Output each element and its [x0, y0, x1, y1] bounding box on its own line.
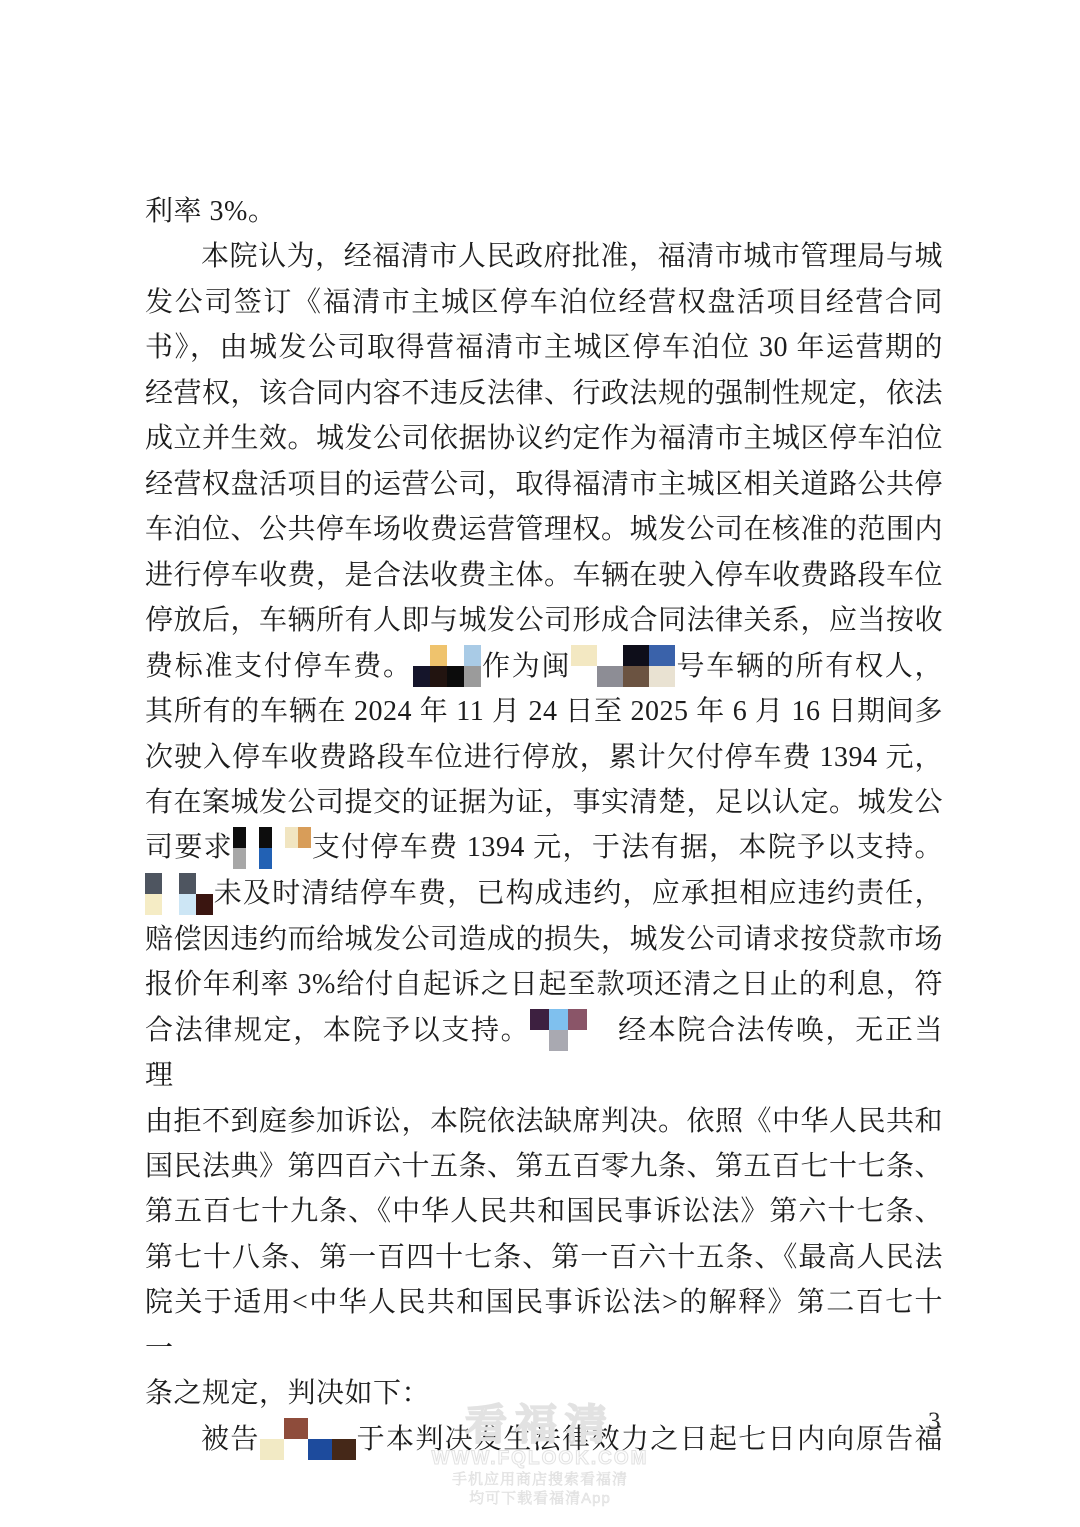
- text-segment: 进行停车收费，是合法收费主体。车辆在驶入停车收费路段车位: [145, 560, 943, 591]
- text-line: 次驶入停车收费路段车位进行停放，累计欠付停车费 1394 元，: [145, 735, 943, 780]
- text-line: 其所有的车辆在 2024 年 11 月 24 日至 2025 年 6 月 16 …: [145, 689, 943, 734]
- text-segment: 报价年利率 3%给付自起诉之日起至款项还清之日止的利息，符: [145, 969, 943, 1000]
- judgment-page: 利率 3%。本院认为，经福清市人民政府批准，福清市城市管理局与城发公司签订《福清…: [0, 0, 1080, 1527]
- text-line: 被告于本判决发生法律效力之日起七日内向原告福: [145, 1417, 943, 1463]
- text-line: 第五百七十九条、《中华人民共和国民事诉讼法》第六十七条、: [145, 1189, 943, 1234]
- text-line: 进行停车收费，是合法收费主体。车辆在驶入停车收费路段车位: [145, 553, 943, 598]
- text-segment: 被告: [201, 1424, 260, 1455]
- text-segment: 号车辆的所有权人，: [675, 651, 943, 682]
- text-segment: 本院认为，经福清市人民政府批准，福清市城市管理局与城: [201, 241, 943, 272]
- text-segment: 利率 3%。: [145, 196, 276, 227]
- redaction-block: [260, 1418, 356, 1460]
- text-segment: 经营权盘活项目的运营公司，取得福清市主城区相关道路公共停: [145, 469, 943, 500]
- text-segment: 赔偿因违约而给城发公司造成的损失，城发公司请求按贷款市场: [145, 924, 943, 955]
- text-segment: 发公司签订《福清市主城区停车泊位经营权盘活项目经营合同: [145, 287, 943, 318]
- redaction-block: [413, 645, 481, 687]
- text-segment: 国民法典》第四百六十五条、第五百零九条、第五百七十七条、: [145, 1151, 943, 1182]
- text-line: 利率 3%。: [145, 189, 943, 234]
- watermark-subtitle-1: 手机应用商店搜索看福清: [0, 1470, 1080, 1489]
- redaction-block: [571, 645, 675, 687]
- text-segment: 次驶入停车收费路段车位进行停放，累计欠付停车费 1394 元，: [145, 742, 943, 773]
- text-segment: 合法律规定，本院予以支持。: [145, 1015, 530, 1046]
- text-line: 成立并生效。城发公司依据协议约定作为福清市主城区停车泊位: [145, 416, 943, 461]
- text-segment: 于本判决发生法律效力之日起七日内向原告福: [356, 1424, 943, 1455]
- watermark-subtitle-2: 均可下载看福清App: [0, 1489, 1080, 1508]
- text-line: 经营权盘活项目的运营公司，取得福清市主城区相关道路公共停: [145, 462, 943, 507]
- text-line: 车泊位、公共停车场收费运营管理权。城发公司在核准的范围内: [145, 507, 943, 552]
- text-segment: 第五百七十九条、《中华人民共和国民事诉讼法》第六十七条、: [145, 1196, 943, 1227]
- text-segment: 作为闽: [481, 651, 572, 682]
- text-line: 本院认为，经福清市人民政府批准，福清市城市管理局与城: [145, 234, 943, 279]
- text-segment: 成立并生效。城发公司依据协议约定作为福清市主城区停车泊位: [145, 423, 943, 454]
- text-segment: 第七十八条、第一百四十七条、第一百六十五条、《最高人民法: [145, 1242, 943, 1273]
- page-number: 3: [928, 1408, 941, 1436]
- text-segment: 车泊位、公共停车场收费运营管理权。城发公司在核准的范围内: [145, 514, 943, 545]
- text-line: 费标准支付停车费。作为闽号车辆的所有权人，: [145, 644, 943, 690]
- text-segment: 费标准支付停车费。: [145, 651, 413, 682]
- text-line: 司要求支付停车费 1394 元，于法有据，本院予以支持。: [145, 825, 943, 871]
- text-segment: 未及时清结停车费，已构成违约，应承担相应违约责任，: [213, 878, 943, 909]
- text-line: 停放后，车辆所有人即与城发公司形成合同法律关系，应当按收: [145, 598, 943, 643]
- text-line: 第七十八条、第一百四十七条、第一百六十五条、《最高人民法: [145, 1235, 943, 1280]
- text-line: 条之规定，判决如下：: [145, 1371, 943, 1416]
- text-line: 发公司签订《福清市主城区停车泊位经营权盘活项目经营合同: [145, 280, 943, 325]
- redaction-block: [233, 827, 311, 869]
- text-segment: 有在案城发公司提交的证据为证，事实清楚，足以认定。城发公: [145, 787, 943, 818]
- text-line: 经营权，该合同内容不违反法律、行政法规的强制性规定，依法: [145, 371, 943, 416]
- text-segment: 由拒不到庭参加诉讼，本院依法缺席判决。依照《中华人民共和: [145, 1106, 943, 1137]
- text-segment: 书》，由城发公司取得营福清市主城区停车泊位 30 年运营期的: [145, 332, 943, 363]
- text-segment: 其所有的车辆在 2024 年 11 月 24 日至 2025 年 6 月 16 …: [145, 696, 943, 727]
- text-line: 赔偿因违约而给城发公司造成的损失，城发公司请求按贷款市场: [145, 917, 943, 962]
- text-line: 未及时清结停车费，已构成违约，应承担相应违约责任，: [145, 871, 943, 917]
- text-line: 报价年利率 3%给付自起诉之日起至款项还清之日止的利息，符: [145, 962, 943, 1007]
- text-line: 国民法典》第四百六十五条、第五百零九条、第五百七十七条、: [145, 1144, 943, 1189]
- text-segment: 经营权，该合同内容不违反法律、行政法规的强制性规定，依法: [145, 378, 943, 409]
- text-segment: 院关于适用<中华人民共和国民事诉讼法>的解释》第二百七十一: [145, 1287, 943, 1363]
- text-segment: 支付停车费 1394 元，于法有据，本院予以支持。: [311, 832, 943, 863]
- redaction-block: [145, 873, 213, 915]
- text-line: 合法律规定，本院予以支持。 经本院合法传唤，无正当理: [145, 1008, 943, 1099]
- text-line: 书》，由城发公司取得营福清市主城区停车泊位 30 年运营期的: [145, 325, 943, 370]
- redaction-block: [530, 1009, 587, 1051]
- text-segment: 停放后，车辆所有人即与城发公司形成合同法律关系，应当按收: [145, 605, 943, 636]
- text-segment: 司要求: [145, 832, 233, 863]
- text-line: 由拒不到庭参加诉讼，本院依法缺席判决。依照《中华人民共和: [145, 1099, 943, 1144]
- document-body: 利率 3%。本院认为，经福清市人民政府批准，福清市城市管理局与城发公司签订《福清…: [145, 189, 943, 1462]
- text-line: 有在案城发公司提交的证据为证，事实清楚，足以认定。城发公: [145, 780, 943, 825]
- text-line: 院关于适用<中华人民共和国民事诉讼法>的解释》第二百七十一: [145, 1280, 943, 1371]
- text-segment: 条之规定，判决如下：: [145, 1378, 430, 1409]
